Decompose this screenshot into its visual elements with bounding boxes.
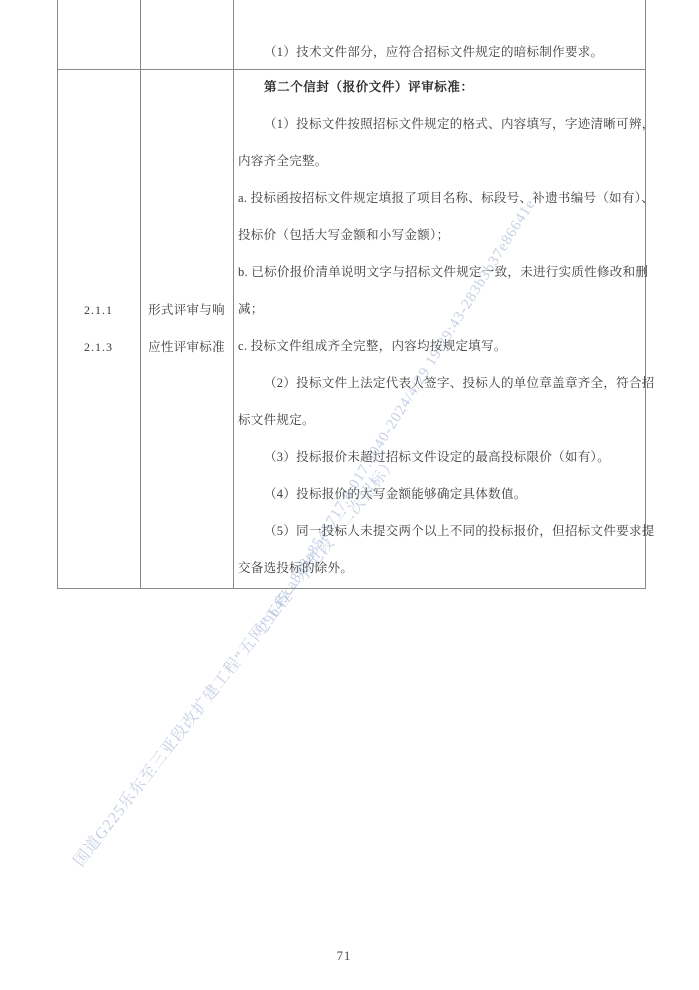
table-border-right <box>645 0 646 589</box>
table-cell-line: c. 投标文件组成齐全完整，内容均按规定填写。 <box>238 328 642 365</box>
table-cell-line: 投标价（包括大写金额和小写金额）； <box>238 217 642 254</box>
criteria-name-line: 应性评审标准 <box>140 329 233 366</box>
page-number: 71 <box>0 949 688 964</box>
table-cell-line: （4）投标报价的大写金额能够确定具体数值。 <box>238 476 642 513</box>
criteria-name-cell: 形式评审与响 应性评审标准 <box>140 292 233 366</box>
table-cell-line: （2）投标文件上法定代表人签字、投标人的单位章盖章齐全，符合招 <box>238 365 642 402</box>
table-cell-line: a. 投标函按招标文件规定填报了项目名称、标段号、补遗书编号（如有）、 <box>238 180 642 217</box>
table-cell-line: 减； <box>238 291 642 328</box>
table-cell-line: 交备选投标的除外。 <box>238 550 642 587</box>
table-cell-line: b. 已标价报价清单说明文字与招标文件规定一致，未进行实质性修改和删 <box>238 254 642 291</box>
table-border-bottom <box>57 588 646 589</box>
table-cell-line: （1）技术文件部分，应符合招标文件规定的暗标制作要求。 <box>238 38 603 66</box>
criteria-name-line: 形式评审与响 <box>140 292 233 329</box>
table-cell-line: （1）投标文件按照招标文件规定的格式、内容填写，字迹清晰可辨， <box>238 106 642 143</box>
table-cell-line: （5）同一投标人未提交两个以上不同的投标报价，但招标文件要求提 <box>238 513 642 550</box>
criteria-description-cell: 第二个信封（报价文件）评审标准： （1）投标文件按照招标文件规定的格式、内容填写… <box>238 69 642 587</box>
clause-number: 2.1.3 <box>58 329 139 366</box>
table-cell-line: （3）投标报价未超过招标文件设定的最高投标限价（如有）。 <box>238 439 642 476</box>
table-cell-line: 内容齐全完整。 <box>238 143 642 180</box>
document-page: 国道G225乐东至三亚段改扩建工程“五网”工程—示范段（二次招标） 29b45c… <box>0 0 699 990</box>
clause-number-cell: 2.1.1 2.1.3 <box>58 292 139 366</box>
table-cell-line: 标文件规定。 <box>238 402 642 439</box>
table-cell-line: 第二个信封（报价文件）评审标准： <box>238 69 642 106</box>
clause-number: 2.1.1 <box>58 292 139 329</box>
table-border-col2-col3 <box>233 0 234 589</box>
